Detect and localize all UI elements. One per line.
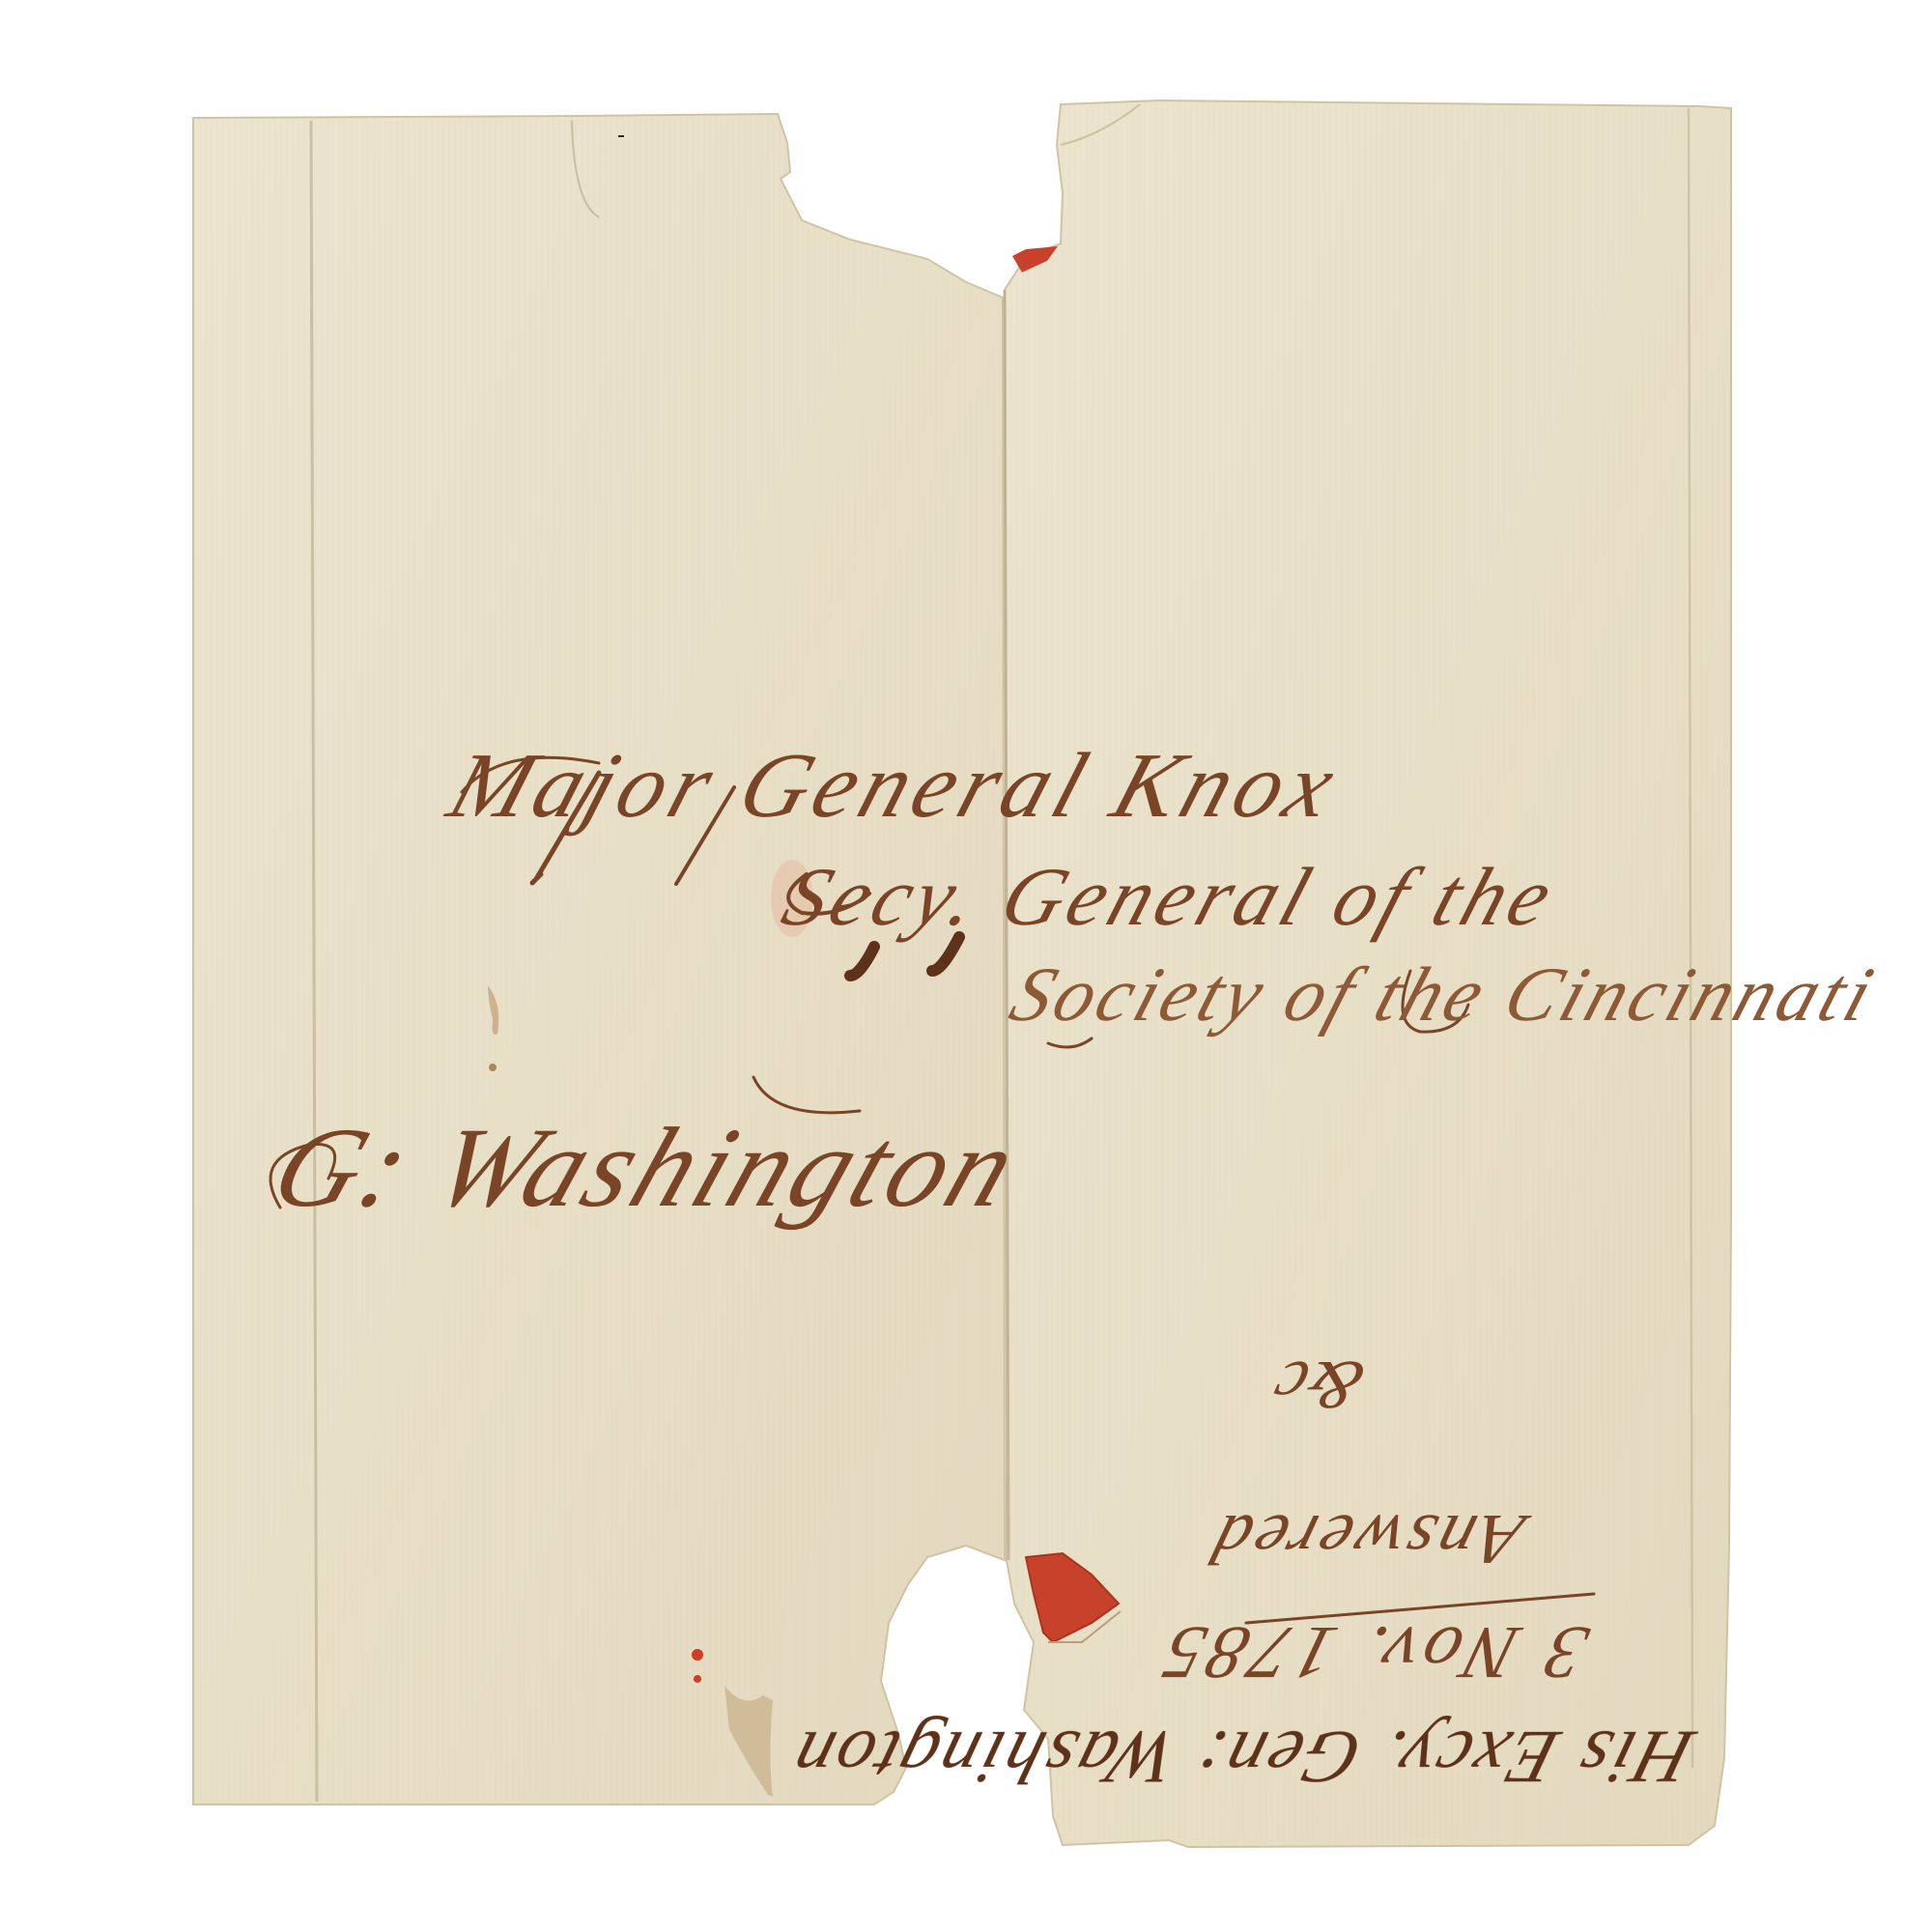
docket-status: Answered — [1201, 1503, 1531, 1575]
signature: G: Washington — [260, 1111, 1035, 1225]
document-scan: Major General Knox Secy. General of the … — [0, 0, 1932, 1932]
docket-etc: &c — [1264, 1350, 1373, 1420]
docket-sender: His Excy. Gen: Washington — [781, 1719, 1701, 1795]
address-recipient: Major General Knox — [439, 739, 1350, 832]
address-title: Secy. General of the — [774, 855, 1566, 938]
docket-inverted: His Excy. Gen: Washington 3 Nov. 1785 An… — [1150, 1294, 1729, 1816]
docket-date: 3 Nov. 1785 — [1149, 1615, 1595, 1690]
address-organization: Society of the Cincinnati — [1002, 956, 1886, 1034]
